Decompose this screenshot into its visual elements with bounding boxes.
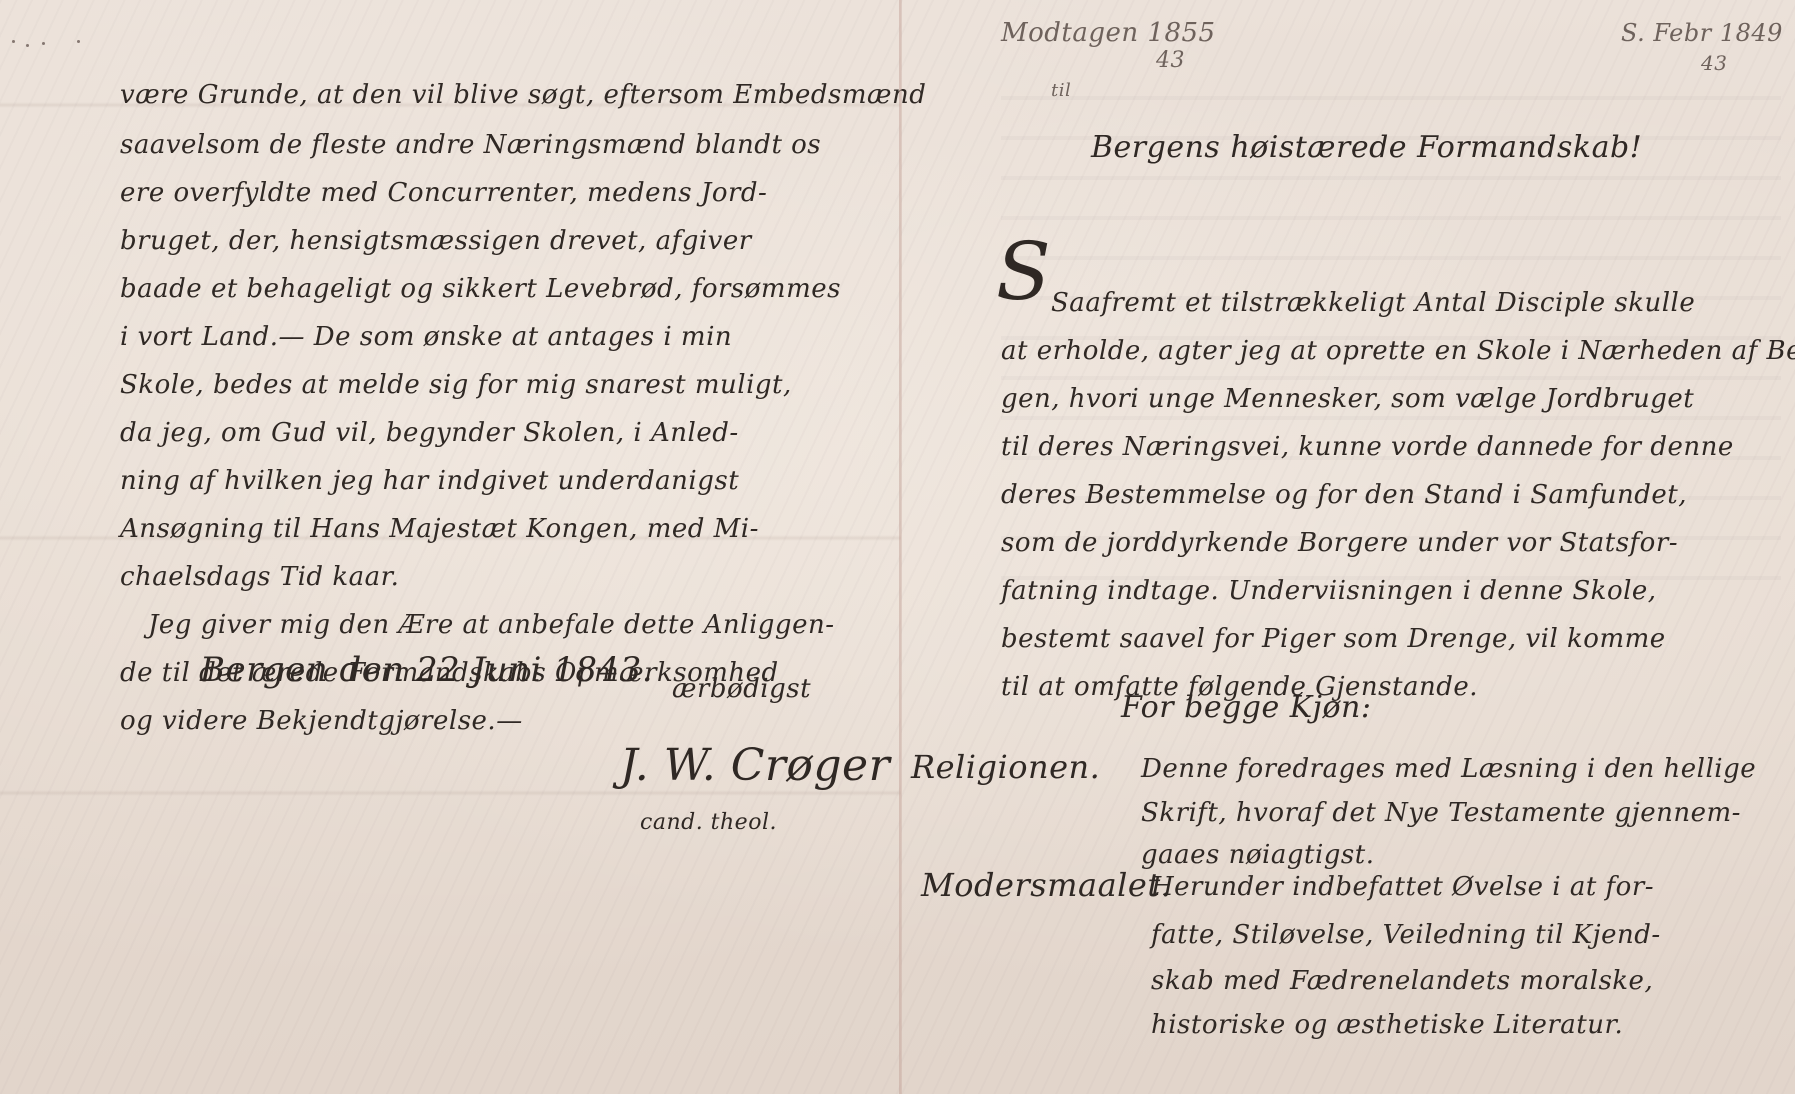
body-line: til deres Næringsvei, kunne vorde danned…: [1001, 434, 1734, 460]
dateline: Bergen den 22 Juni 1843.: [200, 650, 653, 690]
body-line: da jeg, om Gud vil, begynder Skolen, i A…: [120, 420, 739, 446]
margin-note-received: Modtagen 1855: [1001, 20, 1216, 46]
subject-line: Herunder indbefattet Øvelse i at for-: [1151, 874, 1654, 900]
margin-note-til: til: [1051, 78, 1071, 104]
subject-line: gaaes nøiagtigst.: [1141, 842, 1374, 868]
salutation: Bergens høistærede Formandskab!: [1091, 130, 1642, 165]
body-line: som de jorddyrkende Borgere under vor St…: [1001, 530, 1678, 556]
signature: J. W. Crøger: [620, 740, 890, 791]
body-line: Skole, bedes at melde sig for mig snares…: [120, 372, 792, 398]
body-line: og videre Bekjendtgjørelse.—: [120, 708, 523, 734]
body-line: saavelsom de fleste andre Næringsmænd bl…: [120, 132, 821, 158]
subject-line: fatte, Stiløvelse, Veiledning til Kjend-: [1151, 922, 1661, 948]
signature-title: cand. theol.: [640, 810, 777, 836]
body-line: bestemt saavel for Piger som Drenge, vil…: [1001, 626, 1666, 652]
body-line: i vort Land.— De som ønske at antages i …: [120, 324, 732, 350]
closing: ærbødigst: [672, 676, 811, 702]
archive-reference: S. Febr 1849: [1621, 20, 1783, 46]
subject-line: historiske og æsthetiske Literatur.: [1151, 1012, 1623, 1038]
subject-line: skab med Fædrenelandets moralske,: [1151, 968, 1653, 994]
body-line: Saafremt et tilstrækkeligt Antal Discipl…: [1051, 290, 1695, 316]
body-line: Jeg giver mig den Ære at anbefale dette …: [148, 612, 834, 638]
left-page: være Grunde, at den vil blive søgt, efte…: [0, 0, 901, 1094]
body-line: fatning indtage. Underviisningen i denne…: [1001, 578, 1657, 604]
subject-line: Denne foredrages med Læsning i den helli…: [1141, 756, 1756, 782]
body-line: være Grunde, at den vil blive søgt, efte…: [120, 82, 926, 108]
subject-label-religion: Religionen.: [911, 748, 1100, 786]
body-line: ning af hvilken jeg har indgivet underda…: [120, 468, 739, 494]
letter-spread: være Grunde, at den vil blive søgt, efte…: [0, 0, 1795, 1094]
body-line: deres Bestemmelse og for den Stand i Sam…: [1001, 482, 1687, 508]
margin-note-fraction: 43: [1156, 48, 1185, 74]
body-line: Ansøgning til Hans Majestæt Kongen, med …: [120, 516, 759, 542]
body-line: bruget, der, hensigtsmæssigen drevet, af…: [120, 228, 752, 254]
archive-reference-fraction: 43: [1701, 50, 1727, 76]
body-line: ere overfyldte med Concurrenter, medens …: [120, 180, 767, 206]
subject-line: Skrift, hvoraf det Nye Testamente gjenne…: [1141, 800, 1741, 826]
drop-cap: S: [996, 232, 1051, 312]
body-line: chaelsdags Tid kaar.: [120, 564, 399, 590]
section-heading: For begge Kjøn:: [1121, 690, 1371, 725]
body-line: baade et behageligt og sikkert Levebrød,…: [120, 276, 841, 302]
body-line: at erholde, agter jeg at oprette en Skol…: [1001, 338, 1795, 364]
subject-label-mother-tongue: Modersmaalet.: [921, 866, 1171, 904]
right-page: Modtagen 1855 43 til S. Febr 1849 43 Ber…: [901, 0, 1795, 1094]
body-line: gen, hvori unge Mennesker, som vælge Jor…: [1001, 386, 1694, 412]
